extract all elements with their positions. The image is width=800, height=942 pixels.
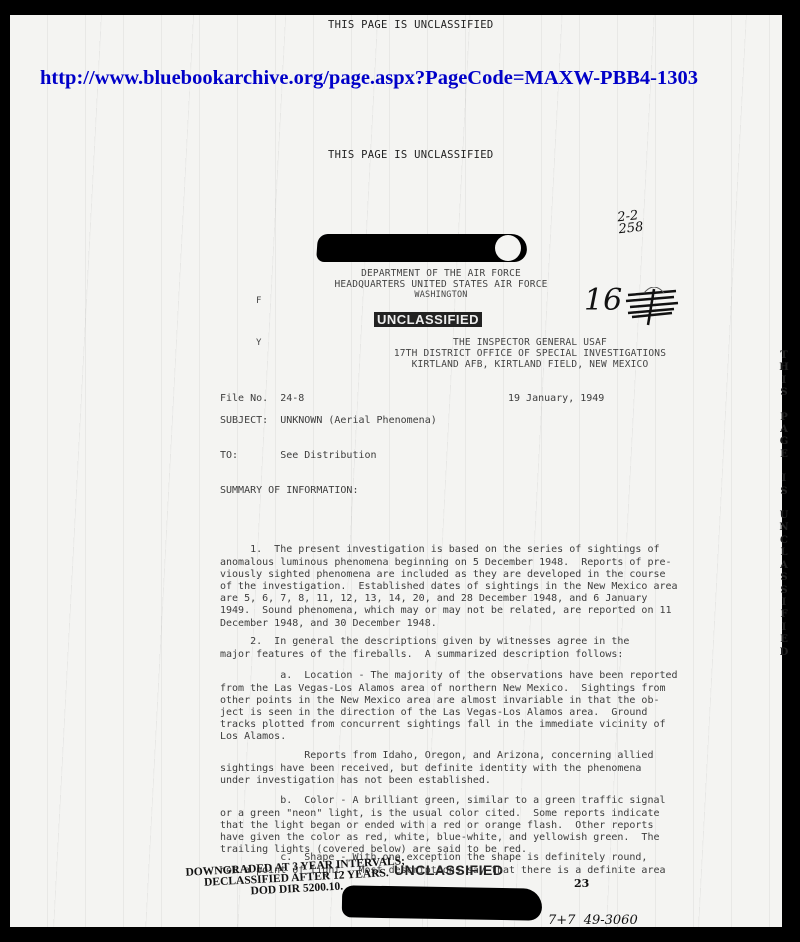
classification-banner-top: THIS PAGE IS UNCLASSIFIED	[328, 19, 494, 31]
handwritten-reference: 2-2 258	[617, 210, 644, 236]
side-banner-letter: P	[774, 412, 794, 424]
letterhead-line-2: HEADQUARTERS UNITED STATES AIR FORCE	[316, 279, 566, 290]
side-banner-letter	[774, 400, 794, 412]
archive-link[interactable]: http://www.bluebookarchive.org/page.aspx…	[40, 67, 698, 90]
handwritten-file-number: 7+7 49-3060	[548, 913, 638, 928]
letterhead-line-1: DEPARTMENT OF THE AIR FORCE	[316, 268, 566, 279]
side-banner-letter: T	[774, 350, 794, 362]
side-banner-letter: I	[774, 375, 794, 387]
side-banner-letter: C	[774, 535, 794, 547]
side-banner-letter	[774, 461, 794, 473]
side-banner-letter: S	[774, 486, 794, 498]
page-mark: 23	[574, 877, 589, 890]
side-banner-letter: S	[774, 572, 794, 584]
summary-heading: SUMMARY OF INFORMATION:	[220, 485, 358, 497]
side-banner-letter: G	[774, 436, 794, 448]
side-banner-letter: F	[774, 609, 794, 621]
letterhead-line-3: WASHINGTON	[316, 290, 566, 300]
memo-subject: SUBJECT: UNKNOWN (Aerial Phenomena)	[220, 415, 437, 427]
unclassified-stamp-bottom: UNCLASSIFIED	[394, 862, 503, 878]
side-banner-letter: N	[774, 522, 794, 534]
handwritten-number: 16	[584, 283, 622, 318]
side-banner-letter: H	[774, 362, 794, 374]
memo-to: TO: See Distribution	[220, 450, 377, 462]
side-banner-letter	[774, 498, 794, 510]
side-classification-banner: THISPAGEISUNCLASSIFIED	[774, 350, 794, 659]
sender-line-1: THE INSPECTOR GENERAL USAF	[400, 337, 660, 348]
side-banner-letter: A	[774, 424, 794, 436]
sender-line-3: KIRTLAND AFB, KIRTLAND FIELD, NEW MEXICO	[400, 359, 660, 370]
memo-date: 19 January, 1949	[508, 393, 604, 405]
redaction-bar-bottom	[342, 885, 543, 920]
scribble-mark	[624, 287, 684, 327]
sender-line-2: 17TH DISTRICT OFFICE OF SPECIAL INVESTIG…	[390, 348, 670, 359]
file-number: File No. 24-8	[220, 393, 304, 405]
side-banner-letter: S	[774, 585, 794, 597]
side-banner-letter: E	[774, 634, 794, 646]
side-banner-letter: L	[774, 547, 794, 559]
side-banner-letter: A	[774, 560, 794, 572]
side-banner-letter: U	[774, 510, 794, 522]
unclassified-stamp-top: UNCLASSIFIED	[374, 312, 482, 327]
side-banner-letter: I	[774, 597, 794, 609]
punch-hole	[495, 235, 521, 261]
margin-letters: F Y	[256, 266, 278, 378]
side-banner-letter: I	[774, 622, 794, 634]
side-banner-letter: E	[774, 449, 794, 461]
classification-banner-second: THIS PAGE IS UNCLASSIFIED	[328, 149, 494, 161]
side-banner-letter: S	[774, 387, 794, 399]
document-page: THIS PAGE IS UNCLASSIFIED http://www.blu…	[10, 15, 782, 927]
side-banner-letter: D	[774, 647, 794, 659]
side-banner-letter: I	[774, 473, 794, 485]
